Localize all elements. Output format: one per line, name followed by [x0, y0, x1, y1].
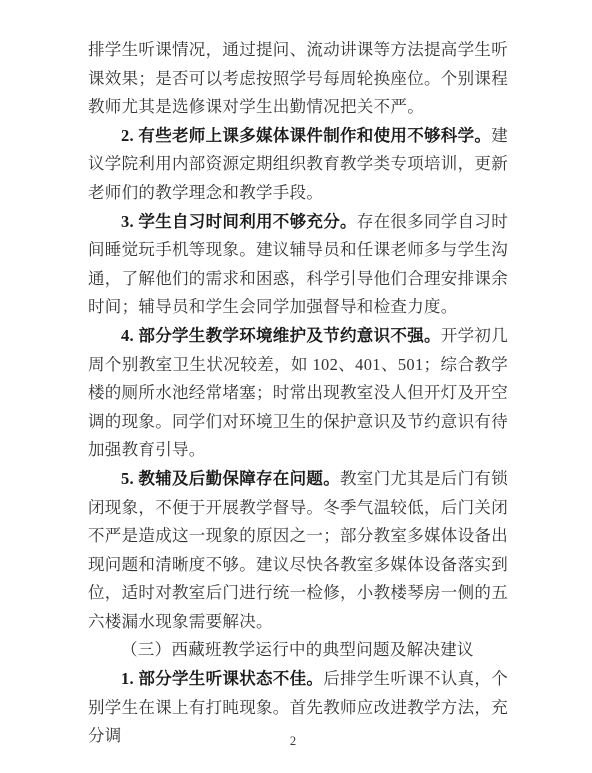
paragraph-problem-2: 2. 有些老师上课多媒体课件制作和使用不够科学。建议学院利用内部资源定期组织教育… [88, 122, 508, 208]
paragraph-lead: 5. 教辅及后勤保障存在问题。 [121, 469, 340, 488]
paragraph-text: 教室门尤其是后门有锁闭现象，不便于开展教学督导。冬季气温较低，后门关闭不严是造成… [88, 469, 508, 631]
section-heading-text: （三）西藏班教学运行中的典型问题及解决建议 [121, 640, 474, 659]
paragraph-lead: 3. 学生自习时间利用不够充分。 [121, 212, 357, 231]
paragraph-text: 开学初几周个别教室卫生状况较差，如 102、401、501；综合教学楼的厕所水池… [88, 326, 508, 459]
paragraph-lead: 1. 部分学生听课状态不佳。 [121, 669, 323, 688]
paragraph-text: 排学生听课情况，通过提问、流动讲课等方法提高学生听课效果；是否可以考虑按照学号每… [88, 40, 508, 116]
paragraph-problem-5: 5. 教辅及后勤保障存在问题。教室门尤其是后门有锁闭现象，不便于开展教学督导。冬… [88, 465, 508, 637]
document-page: 排学生听课情况，通过提问、流动讲课等方法提高学生听课效果；是否可以考虑按照学号每… [0, 0, 592, 773]
document-body: 排学生听课情况，通过提问、流动讲课等方法提高学生听课效果；是否可以考虑按照学号每… [88, 36, 508, 751]
paragraph-continuation: 排学生听课情况，通过提问、流动讲课等方法提高学生听课效果；是否可以考虑按照学号每… [88, 36, 508, 122]
page-number: 2 [0, 734, 586, 749]
section-heading: （三）西藏班教学运行中的典型问题及解决建议 [88, 636, 508, 665]
paragraph-lead: 2. 有些老师上课多媒体课件制作和使用不够科学。 [121, 126, 491, 145]
paragraph-problem-4: 4. 部分学生教学环境维护及节约意识不强。开学初几周个别教室卫生状况较差，如 1… [88, 322, 508, 465]
paragraph-problem-3: 3. 学生自习时间利用不够充分。存在很多同学自习时间睡觉玩手机等现象。建议辅导员… [88, 208, 508, 322]
paragraph-lead: 4. 部分学生教学环境维护及节约意识不强。 [121, 326, 441, 345]
